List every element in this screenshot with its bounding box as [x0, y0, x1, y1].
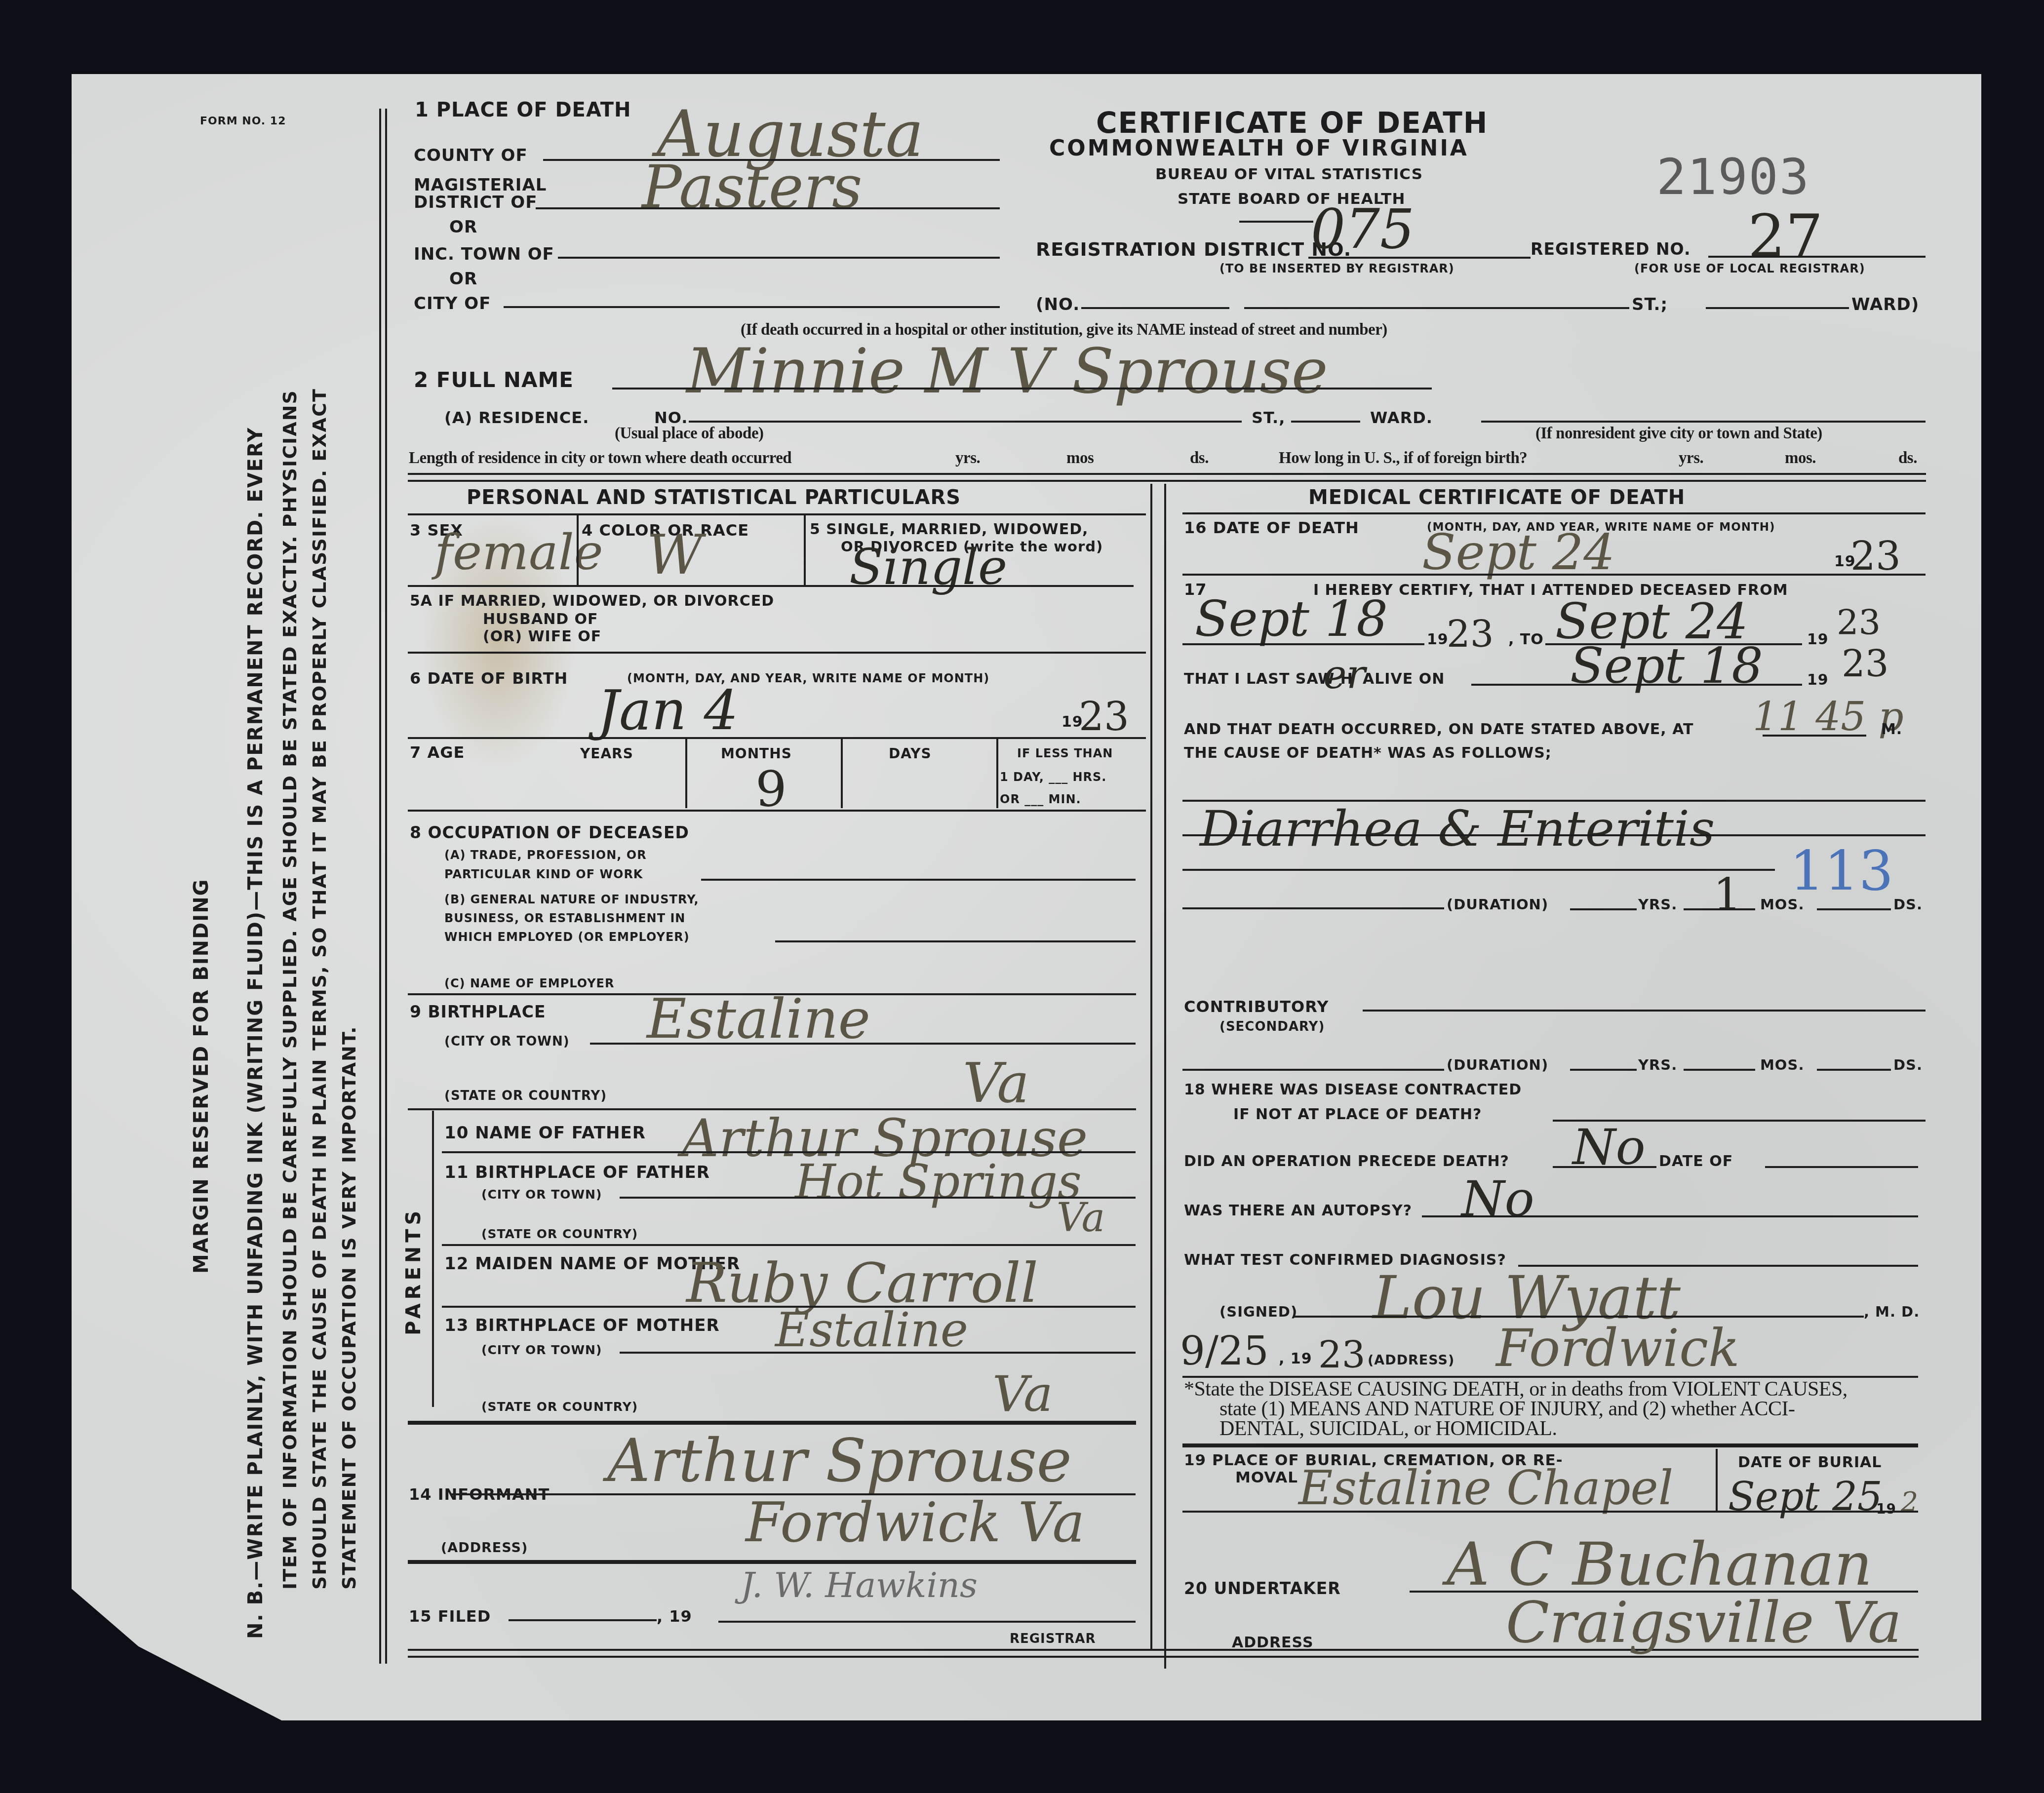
last-saw-field[interactable] [1471, 684, 1802, 686]
filed-label: 15 FILED [409, 1607, 491, 1626]
column-divider [1150, 484, 1152, 1649]
autopsy-field[interactable] [1422, 1215, 1918, 1217]
signature-field[interactable] [1294, 1316, 1864, 1318]
signed-label: (SIGNED) [1219, 1303, 1297, 1320]
husband-label: HUSBAND OF [483, 611, 598, 628]
father-birthplace-label: 11 BIRTHPLACE OF FATHER [444, 1163, 710, 1182]
operation-field[interactable] [1553, 1166, 1656, 1168]
residence-st-field[interactable] [1291, 421, 1360, 423]
occupation-b-field[interactable] [775, 940, 1136, 942]
length-ds-label: ds. [1190, 449, 1209, 468]
rule [408, 585, 1134, 587]
instruction-line-4: STATEMENT OF OCCUPATION IS VERY IMPORTAN… [338, 1025, 360, 1590]
ward-field[interactable] [1706, 307, 1849, 309]
mother-state-label: (STATE OR COUNTRY) [481, 1400, 638, 1414]
spouse-label: 5A IF MARRIED, WIDOWED, OR DIVORCED [410, 592, 774, 610]
signed-date-value[interactable]: 9/25 [1180, 1328, 1269, 1374]
attended-from-field[interactable] [1182, 643, 1424, 645]
footnote-line-3: DENTAL, SUICIDAL, or HOMICIDAL. [1219, 1417, 1557, 1441]
occupation-label: 8 OCCUPATION OF DECEASED [410, 823, 689, 842]
stamp-number: 21903 [1656, 148, 1810, 206]
length-of-residence-label: Length of residence in city or town wher… [409, 449, 791, 468]
cause-label: THE CAUSE OF DEATH* WAS AS FOLLOWS; [1184, 744, 1552, 762]
residence-label: (A) RESIDENCE. [444, 408, 589, 427]
instruction-line-1: N. B.—WRITE PLAINLY, WITH UNFADING INK (… [244, 427, 267, 1639]
burial-removal-label: MOVAL [1235, 1469, 1298, 1486]
attended-from-year[interactable]: 23 [1447, 612, 1494, 656]
cell-divider [996, 739, 998, 808]
personal-header: PERSONAL AND STATISTICAL PARTICULARS [467, 486, 961, 509]
residence-no-field[interactable] [689, 421, 1242, 423]
inc-town-field[interactable] [558, 257, 1000, 259]
duration-ds-label: DS. [1893, 896, 1923, 913]
rule [408, 513, 1146, 515]
burial-place-value[interactable]: Estaline Chapel [1298, 1461, 1673, 1516]
contributory-field[interactable] [1363, 1010, 1926, 1012]
contributory-label: CONTRIBUTORY [1184, 997, 1329, 1016]
birthplace-city-field[interactable] [590, 1043, 1136, 1045]
occupation-b-label: (B) GENERAL NATURE OF INDUSTRY, [444, 893, 699, 906]
rule [1182, 512, 1926, 514]
alive-on-label: ALIVE ON [1363, 670, 1445, 688]
certificate-title: CERTIFICATE OF DEATH [1096, 106, 1488, 140]
margin-note: MARGIN RESERVED FOR BINDING [190, 879, 213, 1274]
duration2-ds-label: DS. [1893, 1056, 1923, 1073]
instruction-line-2: ITEM OF INFORMATION SHOULD BE CAREFULLY … [279, 390, 301, 1590]
street-number-field[interactable] [1081, 307, 1229, 309]
md-label: , M. D. [1864, 1303, 1920, 1320]
death-year-value[interactable]: 23 [1850, 533, 1901, 579]
age-label: 7 AGE [410, 743, 465, 762]
us-yrs-label: yrs. [1679, 449, 1703, 468]
duration2-mos-field[interactable] [1684, 1069, 1755, 1071]
undertaker-address-value[interactable]: Craigsville Va [1506, 1590, 1902, 1656]
district-label: DISTRICT OF [414, 193, 538, 212]
cell-divider [577, 514, 579, 586]
medical-header: MEDICAL CERTIFICATE OF DEATH [1308, 486, 1685, 509]
birth-date-value[interactable]: Jan 4 [597, 679, 738, 742]
duration2-ds-field[interactable] [1817, 1069, 1891, 1071]
usual-abode-note: (Usual place of abode) [615, 425, 764, 443]
duration2-yrs-field[interactable] [1570, 1069, 1637, 1071]
last-saw-year[interactable]: 23 [1842, 642, 1888, 685]
margin-rule [379, 109, 381, 1664]
instruction-line-3: SHOULD STATE THE CAUSE OF DEATH IN PLAIN… [309, 388, 330, 1590]
age-days-label: DAYS [889, 745, 932, 762]
title-rule [1239, 221, 1313, 223]
us-residence-label: How long in U. S., if of foreign birth? [1279, 449, 1527, 468]
form-number: FORM NO. 12 [200, 115, 286, 127]
duration-mos-field[interactable] [1684, 908, 1755, 910]
informant-address-label: (ADDRESS) [441, 1540, 528, 1556]
duration2-mos-label: MOS. [1760, 1056, 1804, 1073]
street-label: ST.; [1632, 295, 1668, 314]
registrar-label: REGISTRAR [1010, 1632, 1096, 1646]
physician-address-label: (ADDRESS) [1368, 1353, 1454, 1368]
birthplace-label: 9 BIRTHPLACE [410, 1002, 546, 1021]
magisterial-label: MAGISTERIAL [414, 175, 547, 195]
registrar-field[interactable] [718, 1621, 1136, 1623]
place-of-death-header: 1 PLACE OF DEATH [415, 99, 631, 121]
birth-year-value[interactable]: 23 [1079, 694, 1129, 740]
cell-divider [685, 739, 687, 808]
rule [408, 1560, 1136, 1564]
cause-field-2[interactable] [1182, 834, 1926, 836]
duration-yrs-label: YRS. [1638, 896, 1677, 913]
autopsy-label: WAS THERE AN AUTOPSY? [1184, 1202, 1412, 1219]
occupation-a-field[interactable] [701, 879, 1136, 881]
occupation-b-label-2: BUSINESS, OR ESTABLISHMENT IN [444, 911, 685, 925]
physician-address-value[interactable]: Fordwick [1496, 1318, 1740, 1378]
cell-divider [841, 739, 843, 808]
rule [442, 1151, 1136, 1153]
age-months-label: MONTHS [721, 745, 792, 762]
birthplace-city-value[interactable]: Estaline [647, 987, 870, 1051]
occupation-a-label-2: PARTICULAR KIND OF WORK [444, 867, 643, 881]
father-city-value[interactable]: Hot Springs [795, 1155, 1082, 1209]
registered-value[interactable]: 27 [1748, 202, 1823, 271]
cause-code: 113 [1790, 839, 1893, 902]
filed-date-field[interactable] [509, 1619, 657, 1621]
duration-yrs-field[interactable] [1570, 908, 1637, 910]
parents-divider [432, 1111, 434, 1407]
death-date-value[interactable]: Sept 24 [1422, 523, 1615, 581]
year-prefix: 19 [1807, 671, 1829, 689]
duration2-field[interactable] [1182, 1069, 1444, 1071]
cause-field-3[interactable] [1182, 869, 1775, 871]
mother-state-value[interactable]: Va [992, 1365, 1053, 1423]
filed-year-label: , 19 [657, 1607, 692, 1626]
contracted-label: 18 WHERE WAS DISEASE CONTRACTED [1184, 1081, 1522, 1098]
father-city-label: (CITY OR TOWN) [481, 1187, 602, 1202]
registration-district-value[interactable]: 075 [1311, 197, 1415, 261]
rule [1182, 574, 1926, 576]
parents-label: PARENTS [402, 1207, 425, 1335]
section-rule [408, 473, 1926, 475]
autopsy-value[interactable]: No [1461, 1170, 1534, 1228]
burial-date-value[interactable]: Sept 25 [1728, 1474, 1883, 1520]
duration-mos-value[interactable]: 1 [1713, 869, 1741, 921]
registration-district-label: REGISTRATION DISTRICT NO. [1036, 238, 1351, 260]
death-occurred-label: AND THAT DEATH OCCURRED, ON DATE STATED … [1184, 721, 1694, 738]
minutes-label: OR ___ MIN. [1000, 792, 1081, 806]
mother-birthplace-label: 13 BIRTHPLACE OF MOTHER [444, 1316, 720, 1335]
duration2-label: (DURATION) [1447, 1056, 1548, 1073]
contracted-label-2: IF NOT AT PLACE OF DEATH? [1233, 1106, 1482, 1123]
rule [408, 652, 1146, 654]
magisterial-field[interactable] [536, 207, 1000, 209]
nonresident-note: (If nonresident give city or town and St… [1535, 425, 1822, 443]
duration-label: (DURATION) [1447, 896, 1548, 913]
informant-value[interactable]: Arthur Sprouse [607, 1427, 1072, 1495]
duration-ds-field[interactable] [1817, 908, 1891, 910]
marital-label: 5 SINGLE, MARRIED, WIDOWED, [810, 521, 1088, 538]
age-years-label: YEARS [580, 745, 633, 762]
death-time-field[interactable] [1763, 735, 1866, 737]
registrar-signature[interactable]: J. W. Hawkins [741, 1565, 978, 1605]
commonwealth-title: COMMONWEALTH OF VIRGINIA [1049, 136, 1469, 161]
death-date-label: 16 DATE OF DEATH [1184, 518, 1359, 537]
birthplace-city-label: (CITY OR TOWN) [444, 1034, 570, 1049]
bottom-rule [408, 1656, 1919, 1658]
to-label: , TO [1508, 631, 1544, 648]
undertaker-address-label: ADDRESS [1232, 1634, 1313, 1651]
rule [408, 1421, 1136, 1425]
attended-to-year[interactable]: 23 [1837, 602, 1881, 643]
last-saw-value[interactable]: Sept 18 [1570, 637, 1763, 695]
hours-label: 1 DAY, ___ HRS. [1000, 770, 1106, 784]
margin-rule [385, 109, 387, 1664]
undertaker-label: 20 UNDERTAKER [1184, 1579, 1341, 1598]
mother-city-field[interactable] [620, 1352, 1136, 1354]
cell-divider [1716, 1449, 1718, 1511]
street-number-label: (NO. [1036, 295, 1080, 314]
duration-mos-label: MOS. [1760, 896, 1804, 913]
time-suffix: M. [1881, 721, 1902, 738]
informant-address-value[interactable]: Fordwick Va [746, 1491, 1085, 1554]
last-saw-pronoun[interactable]: er [1323, 652, 1366, 698]
full-name-label: 2 FULL NAME [414, 368, 574, 392]
less-than-label: IF LESS THAN [1017, 746, 1113, 760]
bureau-title: BUREAU OF VITAL STATISTICS [1155, 165, 1423, 183]
rule [442, 1244, 1136, 1246]
year-prefix: 19 [1807, 631, 1829, 648]
mother-city-label: (CITY OR TOWN) [481, 1343, 602, 1357]
magisterial-value[interactable]: Pasters [642, 153, 863, 222]
operation-date-label: DATE OF [1659, 1153, 1733, 1170]
father-name-label: 10 NAME OF FATHER [444, 1123, 646, 1143]
occupation-a-label: (A) TRADE, PROFESSION, OR [444, 848, 647, 862]
county-label: COUNTY OF [414, 146, 528, 165]
city-label: CITY OF [414, 294, 491, 313]
signed-year-value[interactable]: 23 [1318, 1333, 1365, 1376]
district-field[interactable] [1308, 257, 1531, 259]
registered-field[interactable] [1708, 256, 1926, 258]
rule [1182, 1443, 1918, 1447]
full-name-value[interactable]: Minnie M V Sprouse [686, 336, 1328, 407]
residence-ward-field[interactable] [1481, 421, 1926, 423]
city-field[interactable] [504, 306, 1000, 308]
secondary-label: (SECONDARY) [1219, 1019, 1325, 1034]
birthplace-state-value[interactable]: Va [963, 1052, 1029, 1115]
year-prefix: 19 [1427, 631, 1449, 648]
street-field[interactable] [1244, 307, 1629, 309]
ward-label: WARD) [1851, 295, 1919, 314]
cell-divider [804, 514, 806, 586]
operation-date-field[interactable] [1765, 1166, 1918, 1168]
mother-city-value[interactable]: Estaline [775, 1303, 968, 1358]
father-state-value[interactable]: Va [1057, 1195, 1105, 1241]
burial-date-label: DATE OF BURIAL [1738, 1454, 1882, 1471]
inc-town-label: INC. TOWN OF [414, 244, 554, 264]
section-rule [408, 480, 1926, 482]
employer-label: (C) NAME OF EMPLOYER [444, 976, 614, 990]
residence-ward-label: WARD. [1370, 408, 1433, 427]
cause-value[interactable]: Diarrhea & Enteritis [1200, 800, 1715, 858]
registered-note: (FOR USE OF LOCAL REGISTRAR) [1634, 262, 1865, 275]
burial-year-prefix: 19 [1876, 1501, 1896, 1517]
marital-value[interactable]: Single [849, 538, 1007, 596]
father-state-label: (STATE OR COUNTRY) [481, 1227, 638, 1241]
residence-st-label: ST., [1252, 408, 1285, 427]
district-note: (TO BE INSERTED BY REGISTRAR) [1219, 262, 1454, 275]
rule [408, 810, 1146, 812]
length-yrs-label: yrs. [955, 449, 980, 468]
or-label: OR [449, 217, 477, 237]
column-divider [1164, 484, 1166, 1669]
us-mos-label: mos. [1785, 449, 1816, 468]
full-name-field[interactable] [612, 388, 1432, 390]
duration2-yrs-label: YRS. [1638, 1056, 1677, 1073]
undertaker-value[interactable]: A C Buchanan [1447, 1530, 1872, 1599]
length-mos-label: mos [1066, 449, 1094, 468]
duration-field[interactable] [1182, 907, 1444, 909]
operation-label: DID AN OPERATION PRECEDE DEATH? [1184, 1153, 1509, 1170]
birth-date-label: 6 DATE OF BIRTH [410, 669, 568, 688]
signed-year-prefix: , 19 [1279, 1350, 1312, 1367]
birthplace-state-label: (STATE OR COUNTRY) [444, 1089, 607, 1103]
rule [408, 737, 1146, 739]
us-ds-label: ds. [1898, 449, 1917, 468]
or-label: OR [449, 269, 477, 289]
attended-from-value[interactable]: Sept 18 [1195, 590, 1388, 648]
rule [1182, 1511, 1918, 1513]
registered-label: REGISTERED NO. [1531, 239, 1690, 259]
occupation-b-label-3: WHICH EMPLOYED (OR EMPLOYER) [444, 930, 690, 944]
race-value[interactable]: W [647, 523, 703, 586]
burial-year-value[interactable]: 2 [1901, 1486, 1918, 1518]
wife-label: (OR) WIFE OF [483, 628, 601, 645]
